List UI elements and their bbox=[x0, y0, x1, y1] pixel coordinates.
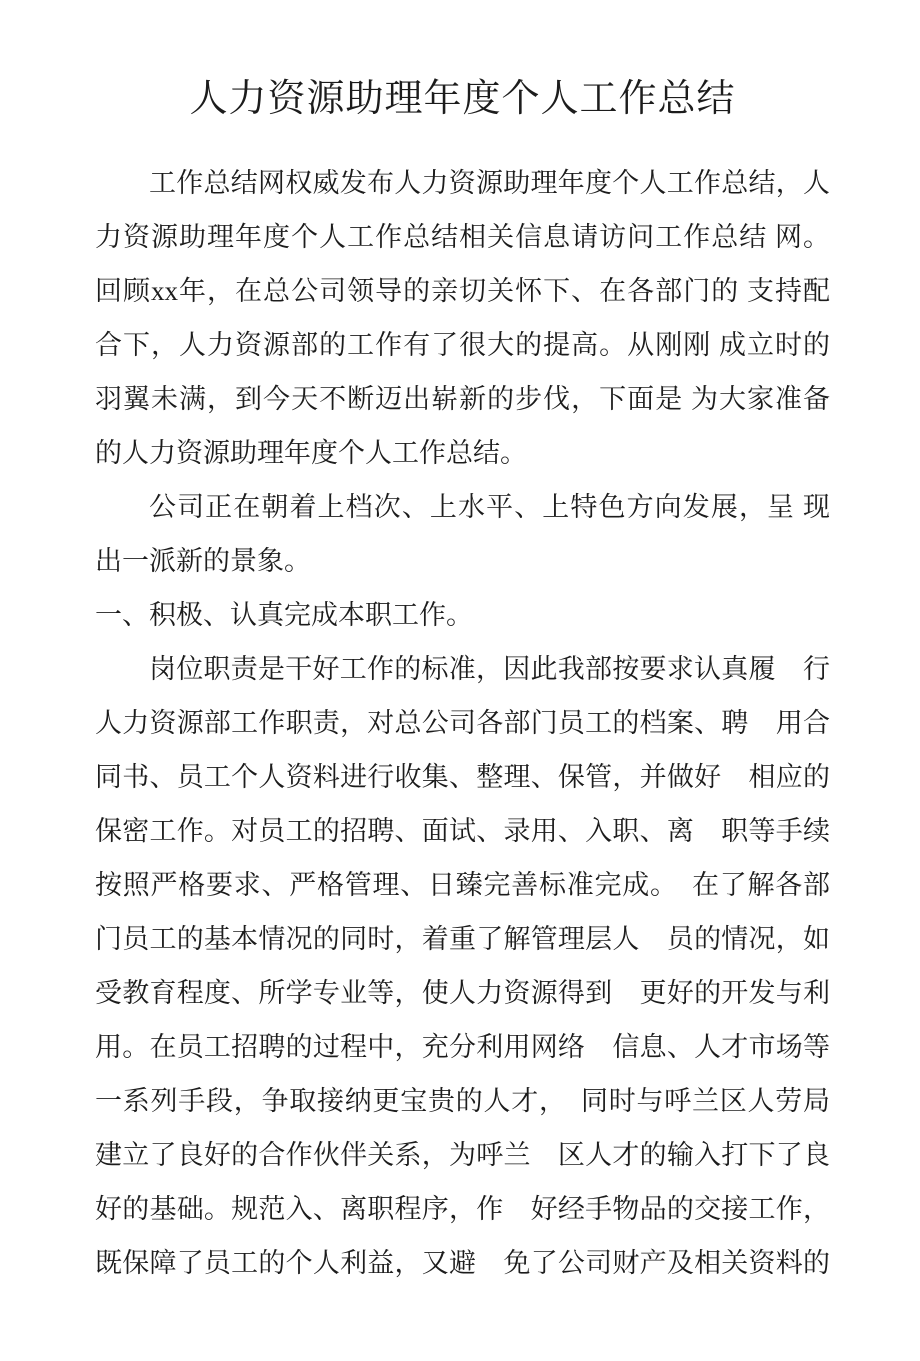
section-heading-block: 一、积极、认真完成本职工作。 bbox=[95, 588, 830, 642]
document-title: 人力资源助理年度个人工作总结 bbox=[95, 72, 830, 126]
document-page: 人力资源助理年度个人工作总结 工作总结网权威发布人力资源助理年度个人工作总结，人… bbox=[0, 0, 920, 1361]
text-line: 人力资源部工作职责，对总公司各部门员工的档案、聘 用合 bbox=[95, 696, 830, 750]
paragraph-intro: 工作总结网权威发布人力资源助理年度个人工作总结，人 力资源助理年度个人工作总结相… bbox=[95, 156, 830, 480]
paragraph-duties: 岗位职责是干好工作的标准，因此我部按要求认真履 行 人力资源部工作职责，对总公司… bbox=[95, 642, 830, 1290]
text-line: 岗位职责是干好工作的标准，因此我部按要求认真履 行 bbox=[95, 642, 830, 696]
text-line: 工作总结网权威发布人力资源助理年度个人工作总结，人 bbox=[95, 156, 830, 210]
text-line: 羽翼未满，到今天不断迈出崭新的步伐，下面是 为大家准备 bbox=[95, 372, 830, 426]
text-line: 合下，人力资源部的工作有了很大的提高。从刚刚 成立时的 bbox=[95, 318, 830, 372]
text-line: 回顾xx年，在总公司领导的亲切关怀下、在各部门的 支持配 bbox=[95, 264, 830, 318]
text-line: 出一派新的景象。 bbox=[95, 534, 830, 588]
text-line: 建立了良好的合作伙伴关系，为呼兰 区人才的输入打下了良 bbox=[95, 1128, 830, 1182]
section-heading: 一、积极、认真完成本职工作。 bbox=[95, 588, 830, 642]
text-line: 按照严格要求、严格管理、日臻完善标准完成。 在了解各部 bbox=[95, 858, 830, 912]
text-line: 公司正在朝着上档次、上水平、上特色方向发展，呈 现 bbox=[95, 480, 830, 534]
text-line: 力资源助理年度个人工作总结相关信息请访问工作总结 网。 bbox=[95, 210, 830, 264]
text-line: 好的基础。规范入、离职程序，作 好经手物品的交接工作， bbox=[95, 1182, 830, 1236]
text-line: 门员工的基本情况的同时，着重了解管理层人 员的情况，如 bbox=[95, 912, 830, 966]
text-line: 的人力资源助理年度个人工作总结。 bbox=[95, 426, 830, 480]
paragraph-company-direction: 公司正在朝着上档次、上水平、上特色方向发展，呈 现 出一派新的景象。 bbox=[95, 480, 830, 588]
text-line: 受教育程度、所学专业等，使人力资源得到 更好的开发与利 bbox=[95, 966, 830, 1020]
text-line: 既保障了员工的个人利益，又避 免了公司财产及相关资料的 bbox=[95, 1236, 830, 1290]
text-line: 同书、员工个人资料进行收集、整理、保管，并做好 相应的 bbox=[95, 750, 830, 804]
text-line: 保密工作。对员工的招聘、面试、录用、入职、离 职等手续 bbox=[95, 804, 830, 858]
text-line: 一系列手段，争取接纳更宝贵的人才， 同时与呼兰区人劳局 bbox=[95, 1074, 830, 1128]
text-line: 用。在员工招聘的过程中，充分利用网络 信息、人才市场等 bbox=[95, 1020, 830, 1074]
